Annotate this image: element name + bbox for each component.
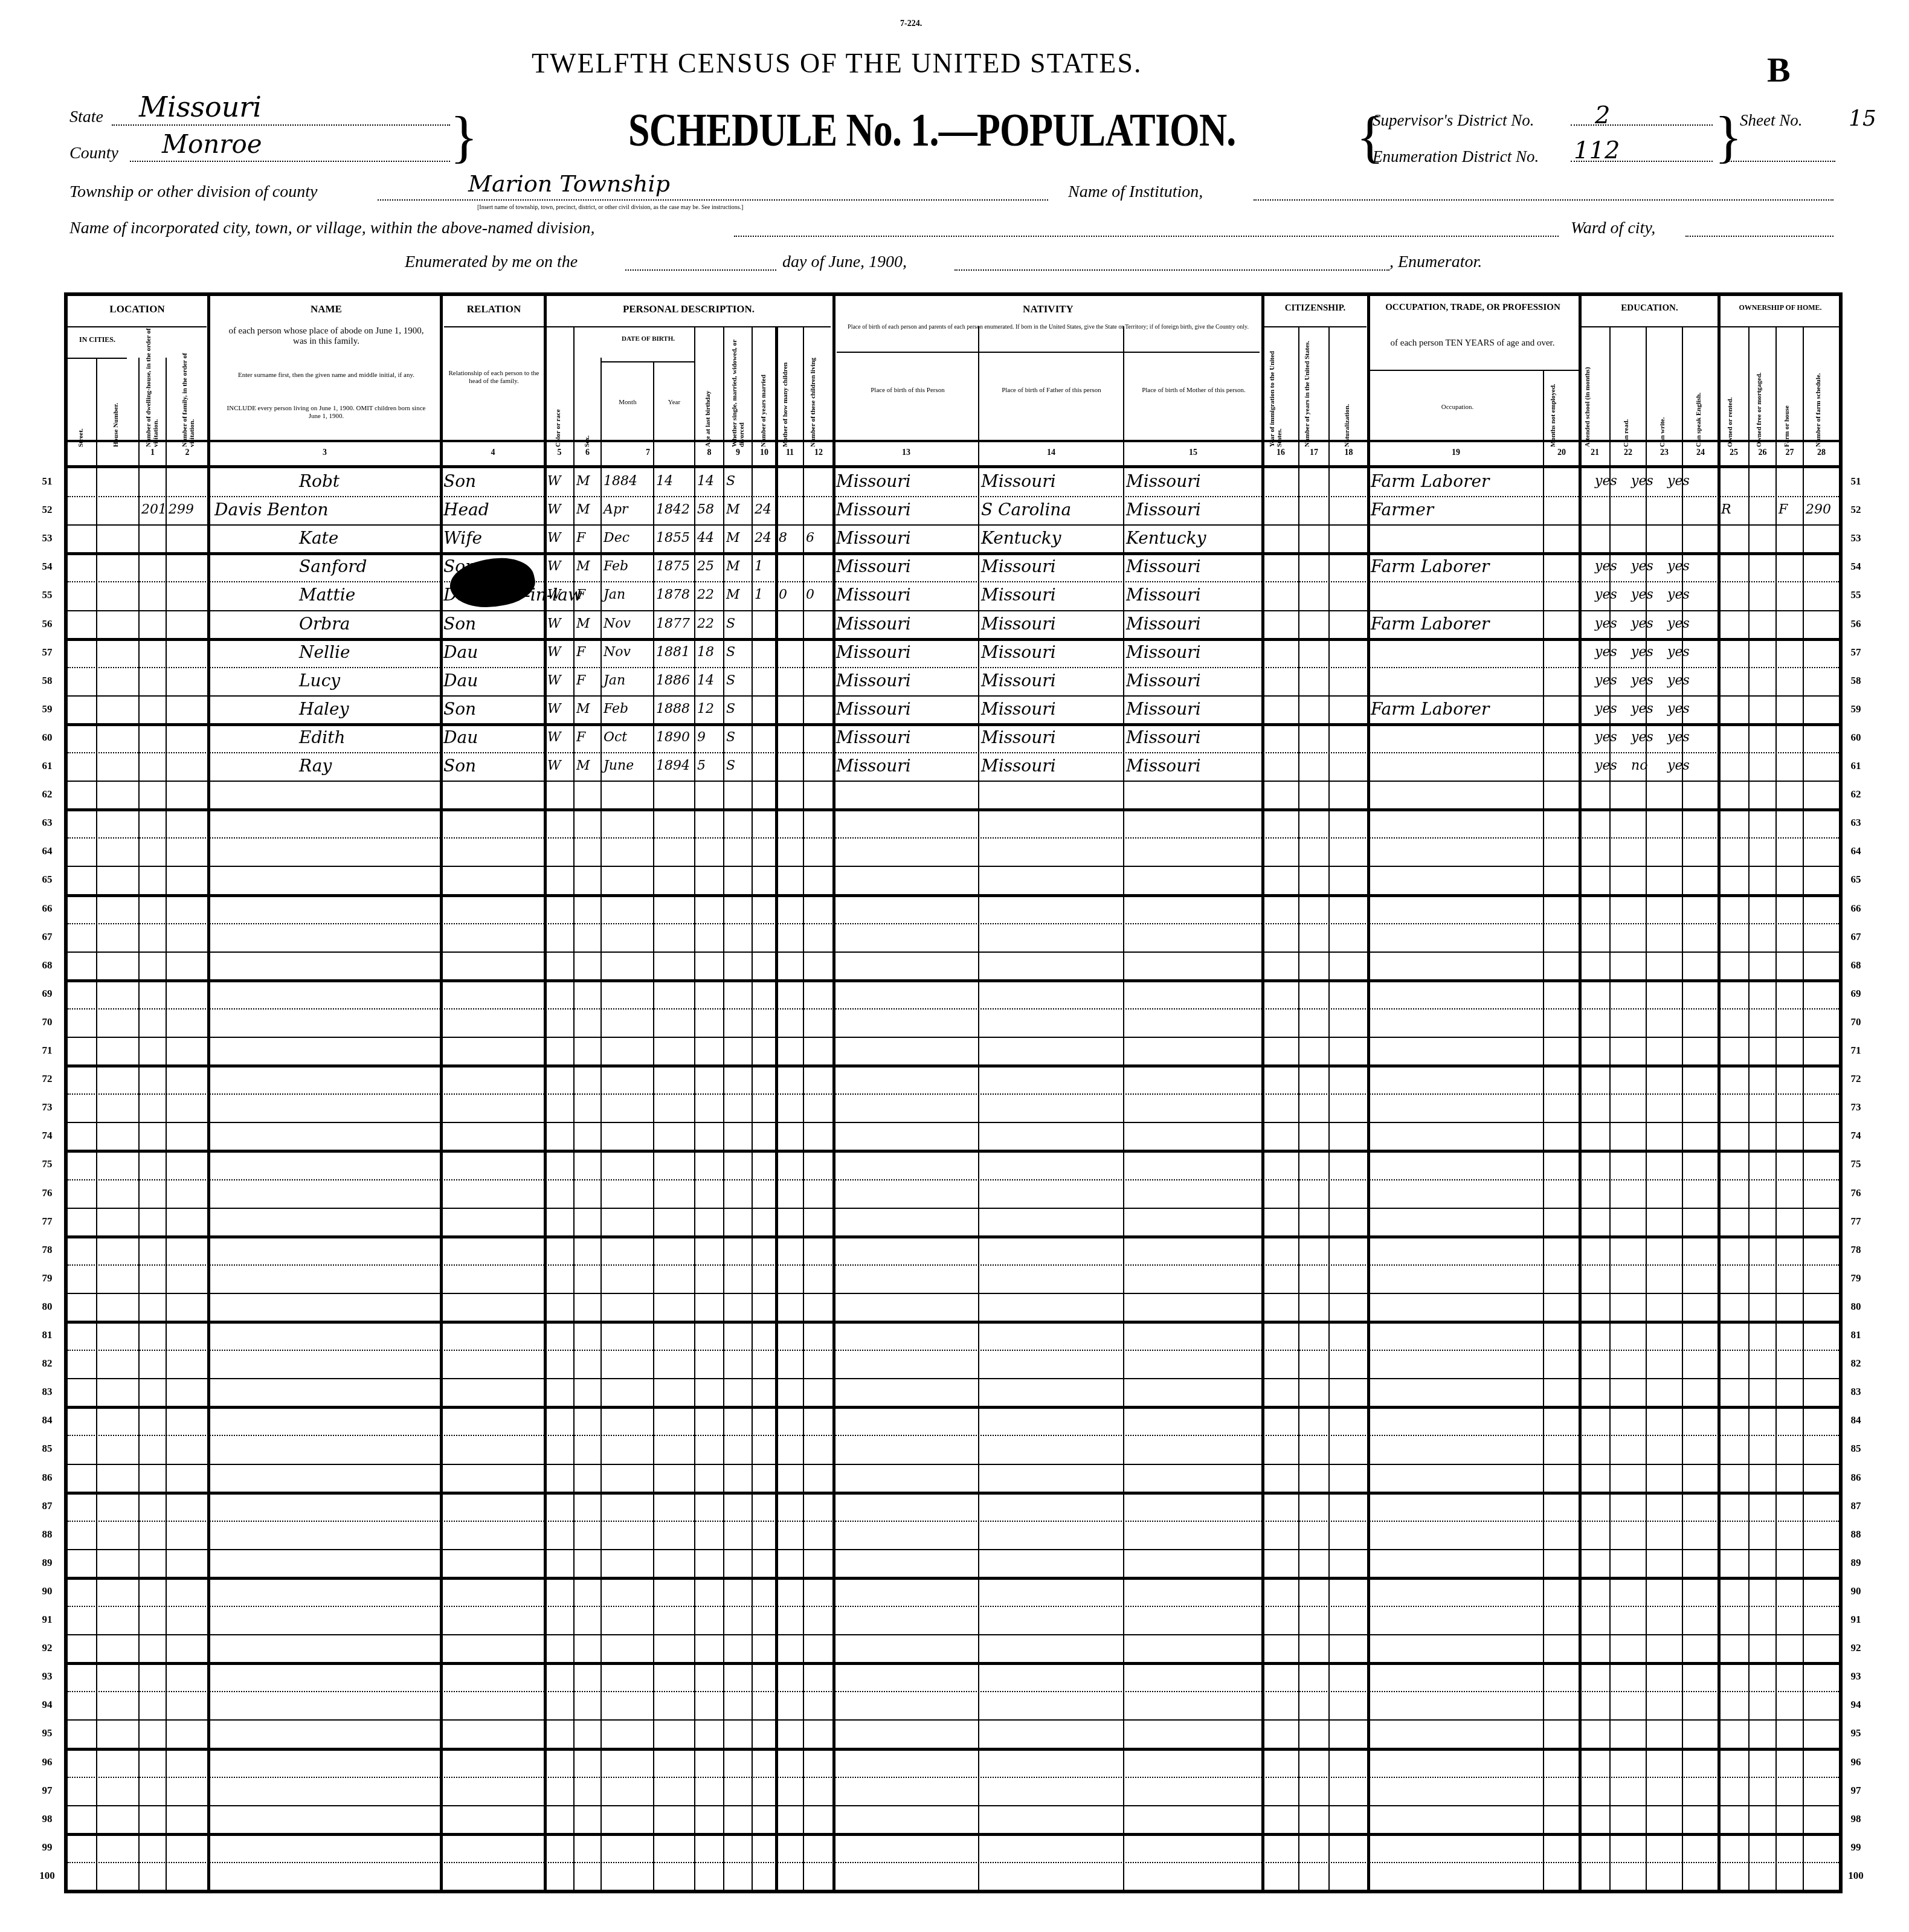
cell-birth-person[interactable]: Missouri <box>836 640 911 665</box>
header-can-speak-english: Can speak English. <box>1695 356 1702 447</box>
state-field[interactable]: Missouri <box>139 91 262 123</box>
cell-marital[interactable]: S <box>726 726 735 750</box>
cell-age[interactable]: 14 <box>697 669 714 693</box>
cell-relation[interactable]: Son <box>443 612 476 636</box>
column-divider <box>1298 326 1299 1890</box>
column-number: 13 <box>834 448 979 458</box>
row-divider <box>68 1378 1839 1379</box>
cell-occupation[interactable]: Farm Laborer <box>1371 555 1489 579</box>
cell-marital[interactable]: S <box>726 640 735 665</box>
cell-marital[interactable]: M <box>726 526 740 550</box>
cell-year[interactable]: 1875 <box>656 555 690 579</box>
header-street: Street. <box>77 387 85 447</box>
header-birth-person: Place of birth of this Person <box>840 387 976 394</box>
cell-read[interactable]: yes <box>1595 612 1617 636</box>
header-citizenship: CITIZENSHIP. <box>1264 303 1367 314</box>
cell-sex[interactable]: M <box>576 697 590 721</box>
cell-year[interactable]: 1888 <box>656 697 690 721</box>
cell-year[interactable]: 1886 <box>656 669 690 693</box>
cell-occupation[interactable]: Farmer <box>1371 498 1434 522</box>
cell-years-married[interactable]: 1 <box>755 583 763 607</box>
sheet-label: Sheet No. <box>1740 111 1802 130</box>
cell-age[interactable]: 9 <box>697 726 706 750</box>
line-number-right: 59 <box>1844 703 1868 715</box>
column-number: 10 <box>752 448 776 458</box>
cell-farm[interactable]: F <box>1779 498 1788 522</box>
cell-year[interactable]: 14 <box>656 469 673 494</box>
cell-age[interactable]: 12 <box>697 697 714 721</box>
cell-month[interactable]: Nov <box>604 612 631 636</box>
row-divider <box>68 1662 1839 1665</box>
cell-occupation[interactable]: Farm Laborer <box>1371 469 1489 494</box>
cell-birth-mother[interactable]: Missouri <box>1126 469 1201 494</box>
row-divider <box>68 781 1839 782</box>
column-number: 25 <box>1719 448 1749 458</box>
cell-read[interactable]: yes <box>1595 469 1617 494</box>
cell-relation[interactable]: Son <box>443 697 476 721</box>
cell-color[interactable]: W <box>547 612 561 636</box>
cell-birth-person[interactable]: Missouri <box>836 469 911 494</box>
ward-field[interactable] <box>1685 236 1833 237</box>
line-number-left: 100 <box>35 1870 59 1882</box>
line-number-left: 57 <box>35 646 59 658</box>
cell-year[interactable]: 1894 <box>656 754 690 778</box>
cell-name[interactable]: Mattie <box>299 583 355 607</box>
cell-age[interactable]: 18 <box>697 640 714 665</box>
line-number-right: 69 <box>1844 988 1868 1000</box>
row-divider <box>68 1833 1839 1836</box>
cell-sex[interactable]: F <box>576 640 585 665</box>
cell-name[interactable]: Ray <box>299 754 332 778</box>
cell-name[interactable]: Edith <box>299 726 346 750</box>
line-number-right: 55 <box>1844 589 1868 601</box>
cell-years-married[interactable]: 24 <box>755 526 771 550</box>
enumerator-name-field[interactable] <box>954 269 1389 271</box>
cell-read[interactable]: yes <box>1595 583 1617 607</box>
education-subrule <box>1582 326 1840 327</box>
row-divider <box>68 1235 1839 1238</box>
column-number: 12 <box>803 448 834 458</box>
line-number-right: 93 <box>1844 1670 1868 1682</box>
cell-sex[interactable]: M <box>576 555 590 579</box>
cell-sex[interactable]: F <box>576 669 585 693</box>
supervisor-label: Supervisor's District No. <box>1373 111 1534 130</box>
cell-english[interactable]: yes <box>1667 469 1690 494</box>
cell-year[interactable]: 1842 <box>656 498 690 522</box>
cell-birth-father[interactable]: Missouri <box>981 469 1056 494</box>
cell-birth-father[interactable]: Kentucky <box>981 526 1061 550</box>
row-divider <box>68 1634 1839 1635</box>
column-number: 26 <box>1749 448 1776 458</box>
cell-read[interactable]: yes <box>1595 754 1617 778</box>
header-dwelling: Number of dwelling-house, in the order o… <box>145 326 162 447</box>
header-birth-mother: Place of birth of Mother of this person. <box>1127 387 1260 394</box>
cell-read[interactable]: yes <box>1595 697 1617 721</box>
line-number-left: 88 <box>35 1528 59 1541</box>
cell-birth-mother[interactable]: Kentucky <box>1126 526 1206 550</box>
cell-english[interactable]: yes <box>1667 612 1690 636</box>
cell-birth-person[interactable]: Missouri <box>836 726 911 750</box>
cell-month[interactable]: Jan <box>604 669 625 693</box>
enumerated-prefix: Enumerated by me on the <box>405 253 578 272</box>
header-name-desc: of each person whose place of abode on J… <box>224 326 429 347</box>
sheet-field[interactable]: 15 <box>1849 106 1876 131</box>
row-divider <box>68 1577 1839 1580</box>
column-number: 3 <box>208 448 441 458</box>
cell-birth-person[interactable]: Missouri <box>836 498 911 522</box>
cell-relation[interactable]: Dau <box>443 726 478 750</box>
township-line <box>378 199 1048 201</box>
cell-relation[interactable]: Son <box>443 754 476 778</box>
cell-relation[interactable]: Head <box>443 498 489 522</box>
cell-birth-mother[interactable]: Missouri <box>1126 726 1201 750</box>
column-divider <box>832 296 835 1890</box>
cell-birth-mother[interactable]: Missouri <box>1126 612 1201 636</box>
cell-birth-mother[interactable]: Missouri <box>1126 669 1201 693</box>
header-name-instr2: INCLUDE every person living on June 1, 1… <box>224 405 429 420</box>
line-number-left: 85 <box>35 1443 59 1455</box>
line-number-right: 85 <box>1844 1443 1868 1455</box>
cell-occupation[interactable]: Farm Laborer <box>1371 697 1489 721</box>
cell-age[interactable]: 5 <box>697 754 706 778</box>
line-number-right: 89 <box>1844 1557 1868 1569</box>
cell-name[interactable]: Nellie <box>299 640 350 665</box>
cell-birth-mother[interactable]: Missouri <box>1126 555 1201 579</box>
cell-color[interactable]: W <box>547 669 561 693</box>
cell-birth-father[interactable]: S Carolina <box>981 498 1071 522</box>
line-number-right: 65 <box>1844 874 1868 886</box>
column-number: 18 <box>1329 448 1368 458</box>
column-divider <box>544 296 547 1890</box>
header-farm-schedule: Number of farm schedule. <box>1815 332 1822 447</box>
cell-read[interactable]: yes <box>1595 669 1617 693</box>
township-field[interactable]: Marion Township <box>468 170 670 197</box>
cell-month[interactable]: Nov <box>604 640 631 665</box>
row-divider <box>68 1093 1839 1095</box>
cell-color[interactable]: W <box>547 469 561 494</box>
cell-birth-mother[interactable]: Missouri <box>1126 583 1201 607</box>
row-divider <box>68 894 1839 897</box>
cell-month[interactable]: Feb <box>604 697 628 721</box>
header-months-unemployed: Months not employed. <box>1550 375 1574 447</box>
cell-english[interactable]: yes <box>1667 754 1690 778</box>
line-number-left: 91 <box>35 1614 59 1626</box>
line-number-left: 78 <box>35 1244 59 1256</box>
cell-mother-of[interactable]: 0 <box>779 583 787 607</box>
row-divider <box>68 1691 1839 1692</box>
cell-marital[interactable]: S <box>726 469 735 494</box>
cell-color[interactable]: W <box>547 555 561 579</box>
cell-relation[interactable]: Dau <box>443 669 478 693</box>
header-house-number: House Number. <box>112 369 120 447</box>
cell-read[interactable]: yes <box>1595 726 1617 750</box>
line-number-left: 63 <box>35 817 59 829</box>
row-divider <box>68 1264 1839 1266</box>
cell-years-married[interactable]: 1 <box>755 555 763 579</box>
cell-name[interactable]: Robt <box>299 469 340 494</box>
line-number-right: 87 <box>1844 1500 1868 1512</box>
cell-year[interactable]: 1877 <box>656 612 690 636</box>
cell-month[interactable]: Apr <box>604 498 628 522</box>
institution-field[interactable] <box>1254 199 1833 201</box>
cell-birth-person[interactable]: Missouri <box>836 526 911 550</box>
row-divider <box>68 952 1839 953</box>
cell-birth-father[interactable]: Missouri <box>981 583 1056 607</box>
cell-write[interactable]: yes <box>1631 669 1653 693</box>
occupation-subrule <box>1370 370 1579 371</box>
line-number-left: 56 <box>35 618 59 630</box>
row-divider <box>68 1492 1839 1495</box>
cell-birth-mother[interactable]: Missouri <box>1126 697 1201 721</box>
line-number-right: 72 <box>1844 1073 1868 1085</box>
cell-age[interactable]: 22 <box>697 612 714 636</box>
enumerated-middle: day of June, 1900, <box>782 253 907 272</box>
cell-birth-mother[interactable]: Missouri <box>1126 754 1201 778</box>
cell-birth-mother[interactable]: Missouri <box>1126 498 1201 522</box>
cell-sex[interactable]: M <box>576 754 590 778</box>
header-sex: Sex. <box>584 423 591 447</box>
column-number: 11 <box>776 448 803 458</box>
cell-write[interactable]: yes <box>1631 469 1653 494</box>
cell-write[interactable]: no <box>1631 754 1647 778</box>
cell-sex[interactable]: M <box>576 469 590 494</box>
cell-birth-father[interactable]: Missouri <box>981 697 1056 721</box>
cell-english[interactable]: yes <box>1667 555 1690 579</box>
cell-marital[interactable]: S <box>726 669 735 693</box>
line-number-left: 84 <box>35 1414 59 1426</box>
line-number-left: 75 <box>35 1158 59 1170</box>
line-number-left: 60 <box>35 732 59 744</box>
cell-english[interactable]: yes <box>1667 640 1690 665</box>
cell-marital[interactable]: M <box>726 583 740 607</box>
cell-birth-person[interactable]: Missouri <box>836 583 911 607</box>
cell-color[interactable]: W <box>547 498 561 522</box>
cell-sex[interactable]: F <box>576 583 585 607</box>
cell-birth-father[interactable]: Missouri <box>981 726 1056 750</box>
cell-occupation[interactable]: Farm Laborer <box>1371 612 1489 636</box>
cell-birth-father[interactable]: Missouri <box>981 612 1056 636</box>
cell-name[interactable]: Davis Benton <box>214 498 329 522</box>
cell-birth-person[interactable]: Missouri <box>836 754 911 778</box>
column-divider <box>1748 326 1750 1890</box>
line-number-left: 98 <box>35 1813 59 1825</box>
cell-birth-father[interactable]: Missouri <box>981 640 1056 665</box>
line-number-right: 62 <box>1844 788 1868 800</box>
cell-month[interactable]: Dec <box>604 526 629 550</box>
line-number-left: 66 <box>35 903 59 915</box>
enumeration-day-field[interactable] <box>625 269 776 271</box>
cell-write[interactable]: yes <box>1631 583 1653 607</box>
cell-marital[interactable]: S <box>726 612 735 636</box>
cell-age[interactable]: 58 <box>697 498 714 522</box>
line-number-right: 54 <box>1844 561 1868 573</box>
cell-month[interactable]: 1884 <box>604 469 637 494</box>
cell-color[interactable]: W <box>547 526 561 550</box>
cell-month[interactable]: June <box>604 754 634 778</box>
cell-living[interactable]: 6 <box>806 526 814 550</box>
row-divider <box>68 979 1839 982</box>
column-divider <box>694 326 695 1890</box>
institution-label: Name of Institution, <box>1068 182 1203 202</box>
cell-marital[interactable]: M <box>726 498 740 522</box>
cell-color[interactable]: W <box>547 754 561 778</box>
cell-birth-person[interactable]: Missouri <box>836 555 911 579</box>
state-label: State <box>69 108 103 127</box>
cell-english[interactable]: yes <box>1667 583 1690 607</box>
line-number-right: 57 <box>1844 646 1868 658</box>
cell-name[interactable]: Orbra <box>299 612 350 636</box>
header-occupation-group: OCCUPATION, TRADE, OR PROFESSION <box>1370 303 1576 312</box>
cell-age[interactable]: 22 <box>697 583 714 607</box>
cell-marital[interactable]: M <box>726 555 740 579</box>
header-relation: RELATION <box>444 303 544 315</box>
line-number-right: 96 <box>1844 1756 1868 1768</box>
cell-name[interactable]: Lucy <box>299 669 340 693</box>
row-divider <box>68 1606 1839 1607</box>
cell-birth-father[interactable]: Missouri <box>981 555 1056 579</box>
cell-name[interactable]: Kate <box>299 526 338 550</box>
cell-year[interactable]: 1881 <box>656 640 690 665</box>
line-number-left: 97 <box>35 1785 59 1797</box>
header-owned-rented: Owned or rented. <box>1727 362 1734 447</box>
cell-write[interactable]: yes <box>1631 726 1653 750</box>
cell-english[interactable]: yes <box>1667 726 1690 750</box>
cell-color[interactable]: W <box>547 640 561 665</box>
enumeration-field[interactable]: 112 <box>1574 137 1620 164</box>
line-number-right: 79 <box>1844 1272 1868 1284</box>
column-number: 14 <box>979 448 1124 458</box>
cell-relation[interactable]: Dau <box>443 640 478 665</box>
city-field[interactable] <box>734 236 1559 237</box>
relation-subrule <box>444 326 544 327</box>
header-occupation: Occupation. <box>1371 404 1544 411</box>
cell-year[interactable]: 1855 <box>656 526 690 550</box>
column-divider <box>1579 296 1582 1890</box>
cell-birth-father[interactable]: Missouri <box>981 669 1056 693</box>
cell-month[interactable]: Feb <box>604 555 628 579</box>
line-number-left: 71 <box>35 1045 59 1057</box>
line-number-left: 90 <box>35 1585 59 1597</box>
cell-family[interactable]: 299 <box>169 498 194 522</box>
header-farm-house: Farm or house <box>1783 375 1791 447</box>
line-number-left: 58 <box>35 675 59 687</box>
column-number: 4 <box>441 448 545 458</box>
cell-write[interactable]: yes <box>1631 640 1653 665</box>
cell-write[interactable]: yes <box>1631 555 1653 579</box>
line-number-left: 80 <box>35 1301 59 1313</box>
cell-year[interactable]: 1878 <box>656 583 690 607</box>
cell-birth-person[interactable]: Missouri <box>836 697 911 721</box>
cell-relation[interactable]: Wife <box>443 526 482 550</box>
line-number-left: 95 <box>35 1727 59 1739</box>
header-years-married: Number of years married <box>760 332 767 447</box>
line-number-right: 53 <box>1844 532 1868 544</box>
cell-sex[interactable]: M <box>576 498 590 522</box>
column-number-rule <box>68 465 1839 468</box>
column-divider <box>803 326 804 1890</box>
cell-english[interactable]: yes <box>1667 697 1690 721</box>
cell-write[interactable]: yes <box>1631 697 1653 721</box>
cell-age[interactable]: 44 <box>697 526 714 550</box>
cell-month[interactable]: Jan <box>604 583 625 607</box>
cell-birth-person[interactable]: Missouri <box>836 612 911 636</box>
cell-color[interactable]: W <box>547 726 561 750</box>
line-number-right: 94 <box>1844 1699 1868 1711</box>
row-divider <box>68 1150 1839 1153</box>
line-number-right: 88 <box>1844 1528 1868 1541</box>
line-number-left: 76 <box>35 1187 59 1199</box>
cell-birth-person[interactable]: Missouri <box>836 669 911 693</box>
census-title: TWELFTH CENSUS OF THE UNITED STATES. <box>532 47 1142 79</box>
cell-mother-of[interactable]: 8 <box>779 526 787 550</box>
line-number-right: 71 <box>1844 1045 1868 1057</box>
cell-schedule[interactable]: 290 <box>1806 498 1831 522</box>
row-divider <box>68 695 1839 697</box>
cell-english[interactable]: yes <box>1667 669 1690 693</box>
cell-read[interactable]: yes <box>1595 640 1617 665</box>
line-number-left: 70 <box>35 1016 59 1028</box>
state-county-brace: } <box>450 108 478 166</box>
line-number-right: 70 <box>1844 1016 1868 1028</box>
column-divider <box>96 358 97 1890</box>
cell-age[interactable]: 25 <box>697 555 714 579</box>
cell-living[interactable]: 0 <box>806 583 814 607</box>
line-number-left: 55 <box>35 589 59 601</box>
cell-color[interactable]: W <box>547 583 561 607</box>
cell-month[interactable]: Oct <box>604 726 627 750</box>
line-number-right: 61 <box>1844 760 1868 772</box>
line-number-left: 61 <box>35 760 59 772</box>
county-field[interactable]: Monroe <box>162 129 262 159</box>
cell-sex[interactable]: F <box>576 726 585 750</box>
cell-marital[interactable]: S <box>726 754 735 778</box>
cell-color[interactable]: W <box>547 697 561 721</box>
cell-name[interactable]: Sanford <box>299 555 367 579</box>
cell-years-married[interactable]: 24 <box>755 498 771 522</box>
cell-write[interactable]: yes <box>1631 612 1653 636</box>
cell-age[interactable]: 14 <box>697 469 714 494</box>
county-label: County <box>69 144 118 163</box>
header-date-of-birth: DATE OF BIRTH. <box>603 335 694 343</box>
cell-owned[interactable]: R <box>1721 498 1731 522</box>
column-divider <box>1803 326 1804 1890</box>
line-number-right: 74 <box>1844 1130 1868 1142</box>
line-number-right: 82 <box>1844 1357 1868 1370</box>
cell-name[interactable]: Haley <box>299 697 349 721</box>
column-number: 27 <box>1776 448 1803 458</box>
cell-sex[interactable]: M <box>576 612 590 636</box>
line-number-right: 91 <box>1844 1614 1868 1626</box>
cell-sex[interactable]: F <box>576 526 585 550</box>
cell-relation[interactable]: Son <box>443 469 476 494</box>
supervisor-field[interactable]: 2 <box>1595 101 1610 129</box>
line-number-left: 94 <box>35 1699 59 1711</box>
line-number-left: 51 <box>35 475 59 488</box>
cell-marital[interactable]: S <box>726 697 735 721</box>
location-subrule <box>68 326 207 327</box>
cell-birth-mother[interactable]: Missouri <box>1126 640 1201 665</box>
row-divider <box>68 1464 1839 1465</box>
cell-dwelling[interactable]: 201 <box>141 498 167 522</box>
cell-year[interactable]: 1890 <box>656 726 690 750</box>
row-divider <box>68 496 1839 497</box>
line-number-left: 59 <box>35 703 59 715</box>
line-number-left: 73 <box>35 1101 59 1113</box>
cell-birth-father[interactable]: Missouri <box>981 754 1056 778</box>
cell-read[interactable]: yes <box>1595 555 1617 579</box>
header-attended-school: Attended school (in months) <box>1584 332 1606 447</box>
header-color: Color or race <box>555 387 562 447</box>
